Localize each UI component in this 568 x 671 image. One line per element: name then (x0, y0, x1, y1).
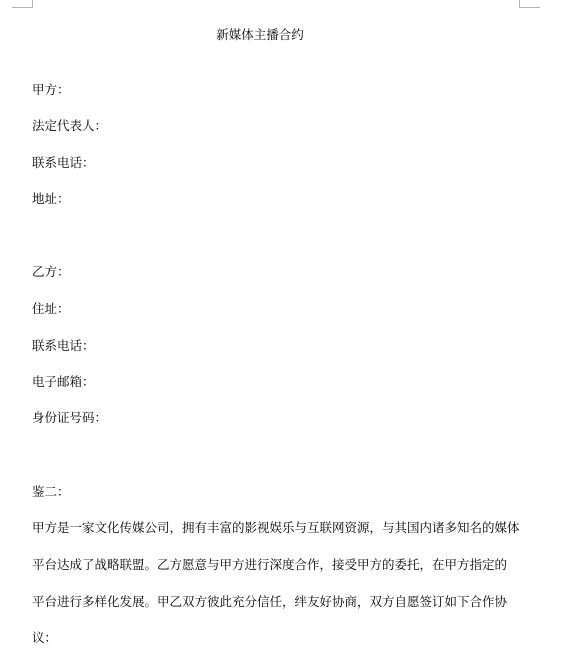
party-a-phone: 联系电话： (32, 155, 95, 171)
party-b-email: 电子邮箱： (32, 374, 95, 390)
party-b-id-number: 身份证号码： (32, 410, 107, 426)
party-a-address: 地址： (32, 191, 70, 207)
party-a-legal-representative: 法定代表人： (32, 118, 107, 134)
page-corner-mark-top-left (12, 0, 33, 8)
page-corner-mark-top-right (519, 0, 540, 8)
recital-line-1: 甲方是一家文化传媒公司，拥有丰富的影视娱乐与互联网资源，与其国内诸多知名的媒体 (32, 520, 520, 536)
recital-line-4: 议： (32, 630, 57, 646)
party-b-residence: 住址： (32, 301, 70, 317)
recital-line-3: 平台进行多样化发展。甲乙双方彼此充分信任，绊友好协商，双方自愿签订如下合作协 (32, 594, 507, 610)
party-a-heading: 甲方： (32, 82, 70, 98)
party-b-heading: 乙方： (32, 264, 70, 280)
recital-heading: 鉴二： (32, 484, 70, 500)
party-b-phone: 联系电话： (32, 338, 95, 354)
document-title: 新媒体主播合约 (0, 27, 520, 43)
recital-line-2: 平台达成了战略联盟。乙方愿意与甲方进行深度合作，接受甲方的委托，在甲方指定的 (32, 557, 507, 573)
